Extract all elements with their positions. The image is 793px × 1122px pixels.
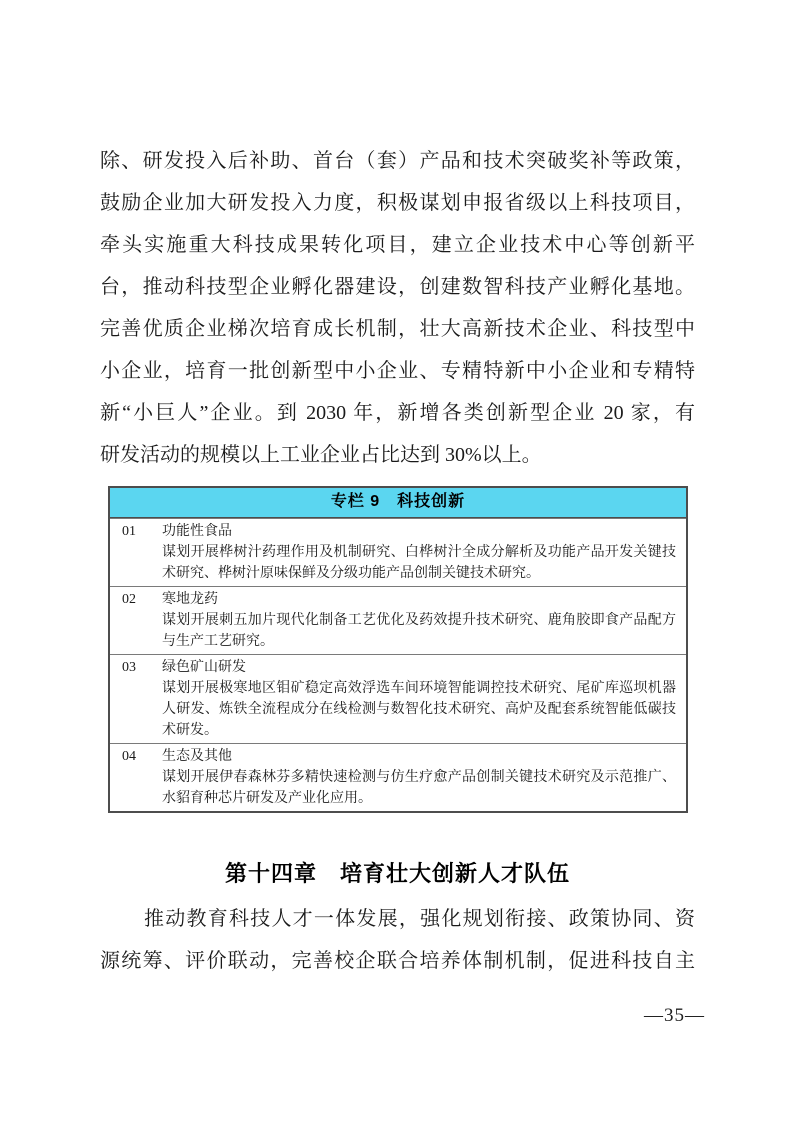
row-number: 03	[122, 657, 162, 741]
body-text-line: 台，推动科技型企业孵化器建设，创建数智科技产业孵化基地。	[100, 266, 695, 308]
body-text-line: 新“小巨人”企业。到 2030 年，新增各类创新型企业 20 家，有	[100, 392, 695, 434]
row-content: 功能性食品 谋划开展桦树汁药理作用及机制研究、白桦树汁全成分解析及功能产品开发关…	[162, 521, 676, 584]
body-text-line: 研发活动的规模以上工业企业占比达到 30%以上。	[100, 434, 695, 476]
row-title: 生态及其他	[162, 746, 676, 767]
feature-box-row: 03 绿色矿山研发 谋划开展极寒地区钼矿稳定高效浮选车间环境智能调控技术研究、尾…	[110, 654, 686, 743]
feature-box-column9: 专栏 9 科技创新 01 功能性食品 谋划开展桦树汁药理作用及机制研究、白桦树汁…	[108, 486, 688, 813]
row-title: 功能性食品	[162, 521, 676, 542]
row-number: 04	[122, 746, 162, 809]
page-number: —35—	[644, 1005, 705, 1027]
document-page: 除、研发投入后补助、首台（套）产品和技术突破奖补等政策，鼓励企业加大研发投入力度…	[0, 0, 793, 1122]
body-text-line: 推动教育科技人才一体发展，强化规划衔接、政策协同、资	[100, 898, 695, 940]
body-text-line: 除、研发投入后补助、首台（套）产品和技术突破奖补等政策，	[100, 140, 695, 182]
row-number: 01	[122, 521, 162, 584]
page-content: 除、研发投入后补助、首台（套）产品和技术突破奖补等政策，鼓励企业加大研发投入力度…	[100, 140, 695, 982]
body-text-line: 完善优质企业梯次培育成长机制，壮大高新技术企业、科技型中	[100, 308, 695, 350]
row-content: 生态及其他 谋划开展伊春森林芬多精快速检测与仿生疗愈产品创制关键技术研究及示范推…	[162, 746, 676, 809]
feature-box-title: 专栏 9 科技创新	[110, 488, 686, 518]
paragraph-bottom: 推动教育科技人才一体发展，强化规划衔接、政策协同、资源统筹、评价联动，完善校企联…	[100, 898, 695, 982]
row-description: 谋划开展伊春森林芬多精快速检测与仿生疗愈产品创制关键技术研究及示范推广、水貂育种…	[162, 767, 676, 809]
row-description: 谋划开展极寒地区钼矿稳定高效浮选车间环境智能调控技术研究、尾矿库巡坝机器人研发、…	[162, 678, 676, 741]
feature-box-row: 04 生态及其他 谋划开展伊春森林芬多精快速检测与仿生疗愈产品创制关键技术研究及…	[110, 743, 686, 811]
row-description: 谋划开展刺五加片现代化制备工艺优化及药效提升技术研究、鹿角胶即食产品配方与生产工…	[162, 610, 676, 652]
body-text-line: 鼓励企业加大研发投入力度，积极谋划申报省级以上科技项目，	[100, 182, 695, 224]
row-content: 绿色矿山研发 谋划开展极寒地区钼矿稳定高效浮选车间环境智能调控技术研究、尾矿库巡…	[162, 657, 676, 741]
paragraph-top: 除、研发投入后补助、首台（套）产品和技术突破奖补等政策，鼓励企业加大研发投入力度…	[100, 140, 695, 476]
row-description: 谋划开展桦树汁药理作用及机制研究、白桦树汁全成分解析及功能产品开发关键技术研究、…	[162, 542, 676, 584]
body-text-line: 牵头实施重大科技成果转化项目，建立企业技术中心等创新平	[100, 224, 695, 266]
row-content: 寒地龙药 谋划开展刺五加片现代化制备工艺优化及药效提升技术研究、鹿角胶即食产品配…	[162, 589, 676, 652]
body-text-line: 源统筹、评价联动，完善校企联合培养体制机制，促进科技自主	[100, 940, 695, 982]
feature-box-row: 02 寒地龙药 谋划开展刺五加片现代化制备工艺优化及药效提升技术研究、鹿角胶即食…	[110, 586, 686, 654]
body-text-line: 小企业，培育一批创新型中小企业、专精特新中小企业和专精特	[100, 350, 695, 392]
row-title: 绿色矿山研发	[162, 657, 676, 678]
row-number: 02	[122, 589, 162, 652]
chapter-heading: 第十四章 培育壮大创新人才队伍	[100, 857, 695, 888]
feature-box-row: 01 功能性食品 谋划开展桦树汁药理作用及机制研究、白桦树汁全成分解析及功能产品…	[110, 518, 686, 586]
row-title: 寒地龙药	[162, 589, 676, 610]
